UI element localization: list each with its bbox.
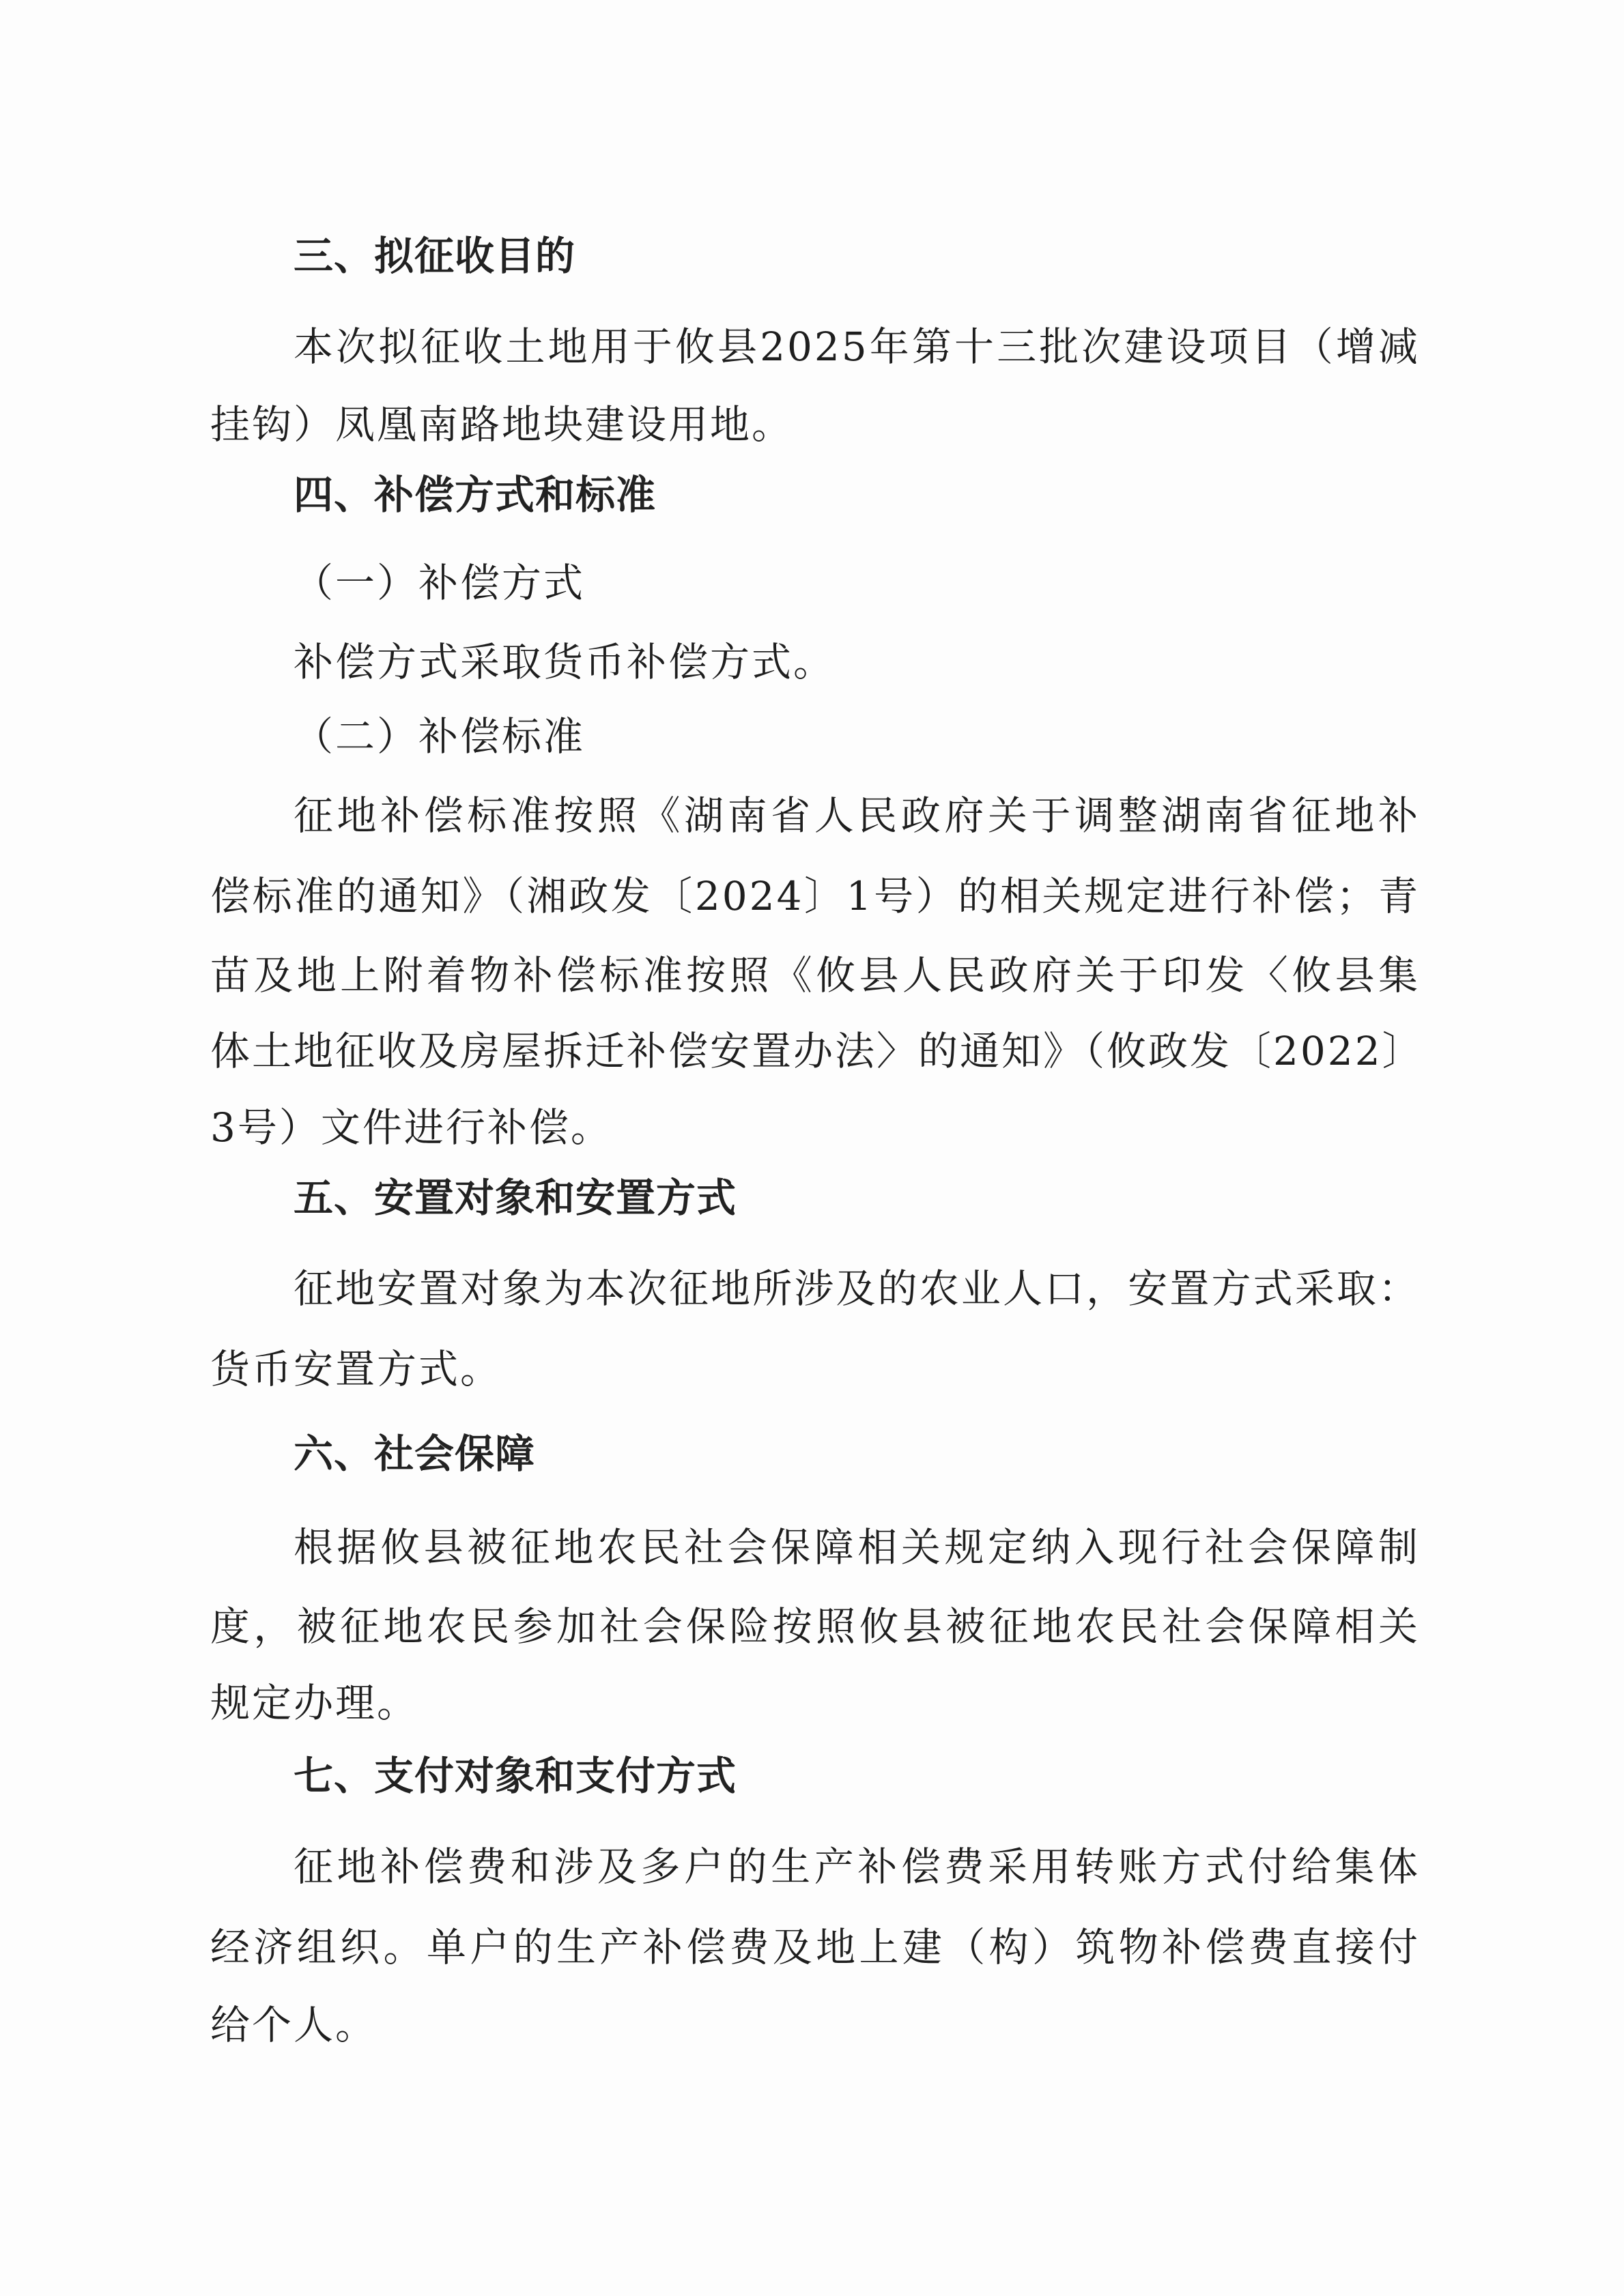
paragraph-line: 度，被征地农民参加社会保险按照攸县被征地农民社会保障相关 [210, 1599, 1420, 1654]
paragraph-line: 货币安置方式。 [210, 1342, 1432, 1396]
paragraph-line: 征地补偿标准按照《湖南省人民政府关于调整湖南省征地补 [294, 788, 1420, 843]
document-page: 三、拟征收目的 本次拟征收土地用于攸县2025年第十三批次建设项目（增减 挂钩）… [0, 0, 1624, 2296]
paragraph-line: 征地补偿费和涉及多户的生产补偿费采用转账方式付给集体 [294, 1839, 1420, 1894]
subsection-heading-standard: （二）补偿标准 [294, 709, 1515, 764]
paragraph-line: 征地安置对象为本次征地所涉及的农业人口，安置方式采取： [294, 1261, 1420, 1316]
paragraph-line: 补偿方式采取货币补偿方式。 [294, 635, 1515, 689]
section-heading-social-security: 六、社会保障 [294, 1426, 1515, 1481]
section-heading-resettlement: 五、安置对象和安置方式 [294, 1171, 1515, 1225]
paragraph-line: 规定办理。 [210, 1676, 1432, 1730]
paragraph-line: 挂钩）凤凰南路地块建设用地。 [210, 397, 1432, 452]
section-heading-compensation: 四、补偿方式和标准 [294, 468, 1515, 522]
paragraph-line: 根据攸县被征地农民社会保障相关规定纳入现行社会保障制 [294, 1520, 1420, 1575]
paragraph-line: 体土地征收及房屋拆迁补偿安置办法〉的通知》（攸政发〔2022〕 [210, 1024, 1422, 1078]
paragraph-line: 3号）文件进行补偿。 [210, 1100, 1432, 1155]
paragraph-line: 经济组织。单户的生产补偿费及地上建（构）筑物补偿费直接付 [210, 1920, 1420, 1975]
paragraph-line: 本次拟征收土地用于攸县2025年第十三批次建设项目（增减 [294, 319, 1420, 374]
section-heading-purpose: 三、拟征收目的 [294, 229, 1515, 283]
subsection-heading-method: （一）补偿方式 [294, 556, 1515, 610]
paragraph-line: 给个人。 [210, 1998, 1432, 2052]
paragraph-line: 偿标准的通知》（湘政发〔2024〕1号）的相关规定进行补偿；青 [210, 869, 1420, 923]
paragraph-line: 苗及地上附着物补偿标准按照《攸县人民政府关于印发〈攸县集 [210, 948, 1420, 1003]
section-heading-payment: 七、支付对象和支付方式 [294, 1749, 1515, 1803]
